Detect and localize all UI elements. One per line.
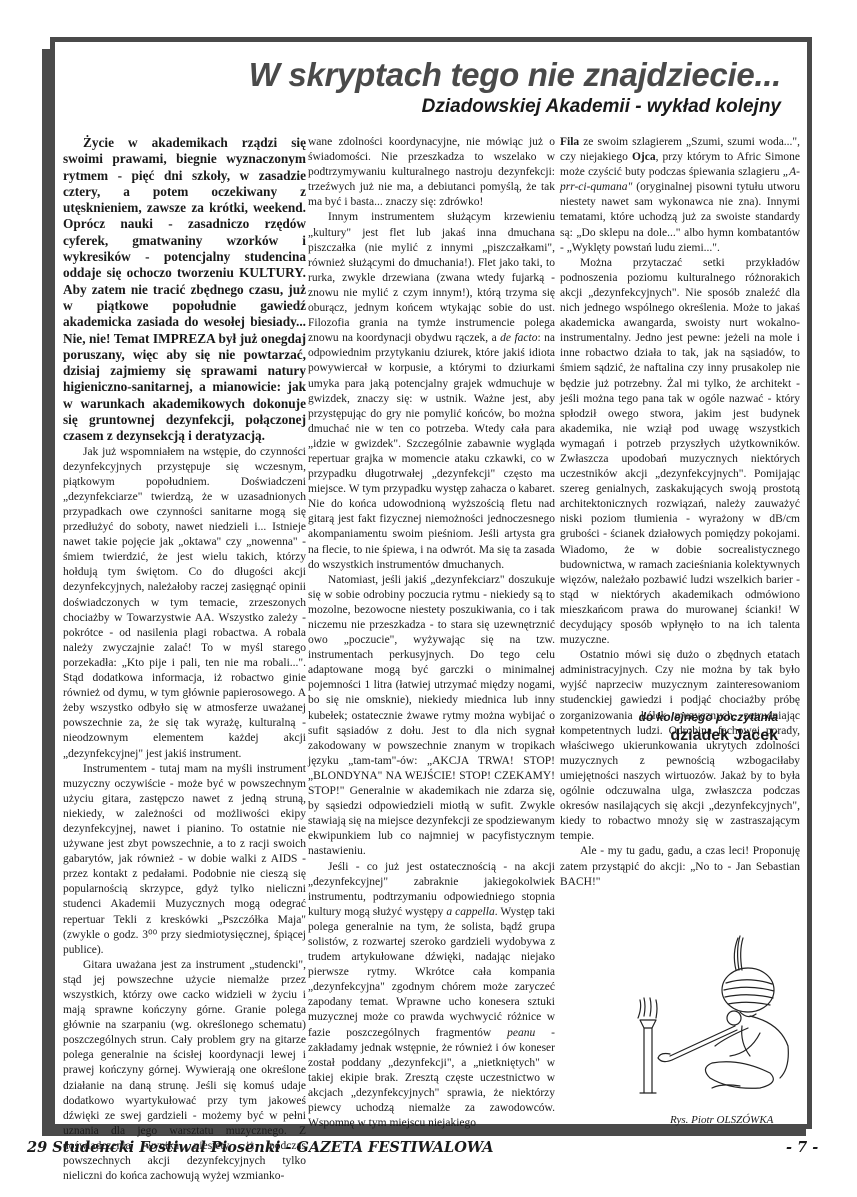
text-run: - zakładamy jednak wstępnie, że również … (308, 1027, 555, 1130)
illustration-caption: Rys. Piotr OLSZÓWKA (670, 1114, 773, 1126)
bold-name: Ojca (632, 151, 656, 163)
paragraph: wane zdolności koordynacyjne, nie mówiąc… (308, 135, 555, 210)
text-run: na odpowiednim przytykaniu dziurek, któr… (308, 332, 555, 570)
article-title: W skryptach tego nie znajdziecie... (249, 56, 781, 94)
column-2: wane zdolności koordynacyjne, nie mówiąc… (308, 135, 555, 1131)
text-run: : (537, 332, 540, 344)
paragraph: Jeśli - co już jest ostatecznością - na … (308, 860, 555, 1132)
paragraph: Ostatnio mówi się dużo o zbędnych etatac… (560, 648, 800, 844)
signoff: do kolejnego poczytania dziadek Jacek (560, 710, 778, 745)
snake-charmer-illustration (630, 928, 800, 1098)
column-3: Fila ze swoim szlagierem „Szumi, szumi w… (560, 135, 800, 890)
text-run: Innym instrumentem służącym krzewieniu „… (308, 211, 555, 344)
italic-phrase: a cappella (446, 906, 494, 918)
paragraph: Innym instrumentem służącym krzewieniu „… (308, 210, 555, 572)
paragraph: Fila ze swoim szlagierem „Szumi, szumi w… (560, 135, 800, 256)
signoff-greeting: do kolejnego poczytania (560, 710, 778, 724)
article-frame: W skryptach tego nie znajdziecie... Dzia… (50, 37, 812, 1129)
footer-publication: 29 Studencki Festiwal Piosenki - GAZETA … (27, 1139, 494, 1156)
paragraph: Jak już wspomniałem na wstępie, do czynn… (63, 445, 306, 762)
column-1: Życie w akademikach rządzi się swoimi pr… (63, 135, 306, 1184)
paragraph: Instrumentem - tutaj mam na myśli instru… (63, 762, 306, 958)
italic-phrase: peanu (507, 1027, 535, 1039)
text-run: . Występ taki polega generalnie na tym, … (308, 906, 555, 1039)
paragraph: Ale - my tu gadu, gadu, a czas leci! Pro… (560, 844, 800, 889)
page-number: - 7 - (786, 1139, 818, 1156)
lead-paragraph: Życie w akademikach rządzi się swoimi pr… (63, 135, 306, 445)
paragraph: Natomiast, jeśli jakiś „dezynfekciarz" d… (308, 573, 555, 860)
italic-phrase: de facto (500, 332, 537, 344)
article-subtitle: Dziadowskiej Akademii - wykład kolejny (422, 96, 781, 118)
signoff-author: dziadek Jacek (560, 727, 778, 745)
bold-name: Fila (560, 136, 579, 148)
paragraph: Można przytaczać setki przykładów podnos… (560, 256, 800, 648)
